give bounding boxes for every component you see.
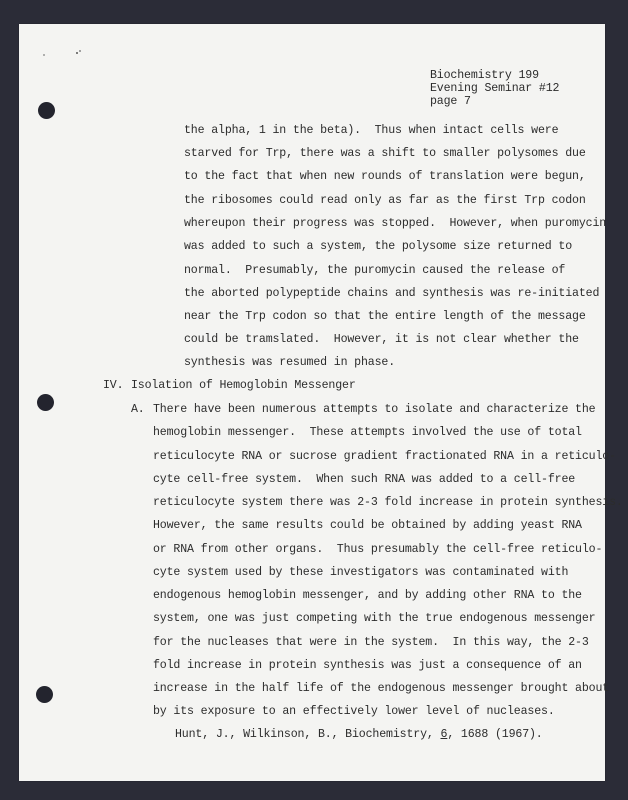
citation: Hunt, J., Wilkinson, B., Biochemistry, 6…: [175, 728, 543, 742]
subsection-line: endogenous hemoglobin messenger, and by …: [153, 589, 582, 603]
paragraph-line: starved for Trp, there was a shift to sm…: [184, 147, 586, 161]
paragraph-line: synthesis was resumed in phase.: [184, 356, 395, 370]
subsection-line: increase in the half life of the endogen…: [153, 682, 609, 696]
punch-hole-bottom: [36, 686, 53, 703]
subsection-line: There have been numerous attempts to iso…: [153, 403, 595, 417]
paper-speck: [43, 54, 45, 56]
subsection-line: reticulocyte system there was 2-3 fold i…: [153, 496, 623, 510]
subsection-line: or RNA from other organs. Thus presumabl…: [153, 543, 602, 557]
subsection-line: However, the same results could be obtai…: [153, 519, 582, 533]
paragraph-line: near the Trp codon so that the entire le…: [184, 310, 586, 324]
subsection-line: reticulocyte RNA or sucrose gradient fra…: [153, 450, 616, 464]
paragraph-line: the alpha, 1 in the beta). Thus when int…: [184, 124, 558, 138]
subsection-line: hemoglobin messenger. These attempts inv…: [153, 426, 582, 440]
subsection-line: by its exposure to an effectively lower …: [153, 705, 555, 719]
citation-authors-journal: Hunt, J., Wilkinson, B., Biochemistry,: [175, 728, 441, 741]
punch-hole-top: [38, 102, 55, 119]
paragraph-line: normal. Presumably, the puromycin caused…: [184, 264, 565, 278]
subsection-line: fold increase in protein synthesis was j…: [153, 659, 582, 673]
paragraph-line: the aborted polypeptide chains and synth…: [184, 287, 599, 301]
paper-speck: [76, 52, 78, 54]
paragraph-line: whereupon their progress was stopped. Ho…: [184, 217, 606, 231]
subsection-line: cyte system used by these investigators …: [153, 566, 568, 580]
paragraph-line: the ribosomes could read only as far as …: [184, 194, 586, 208]
paragraph-line: could be tramslated. However, it is not …: [184, 333, 579, 347]
subsection-line: cyte cell-free system. When such RNA was…: [153, 473, 575, 487]
subsection-line: for the nucleases that were in the syste…: [153, 636, 589, 650]
header-page-number: page 7: [430, 95, 471, 109]
header-seminar: Evening Seminar #12: [430, 82, 559, 96]
subsection-line: system, one was just competing with the …: [153, 612, 595, 626]
citation-pages-year: , 1688 (1967).: [447, 728, 542, 741]
subsection-label: A.: [131, 403, 145, 417]
header-course: Biochemistry 199: [430, 69, 539, 83]
paragraph-line: to the fact that when new rounds of tran…: [184, 170, 586, 184]
section-number: IV.: [103, 379, 123, 393]
punch-hole-middle: [37, 394, 54, 411]
paper-speck: [79, 50, 81, 52]
paragraph-line: was added to such a system, the polysome…: [184, 240, 572, 254]
section-title: Isolation of Hemoglobin Messenger: [131, 379, 356, 393]
document-page: Biochemistry 199 Evening Seminar #12 pag…: [19, 24, 605, 781]
